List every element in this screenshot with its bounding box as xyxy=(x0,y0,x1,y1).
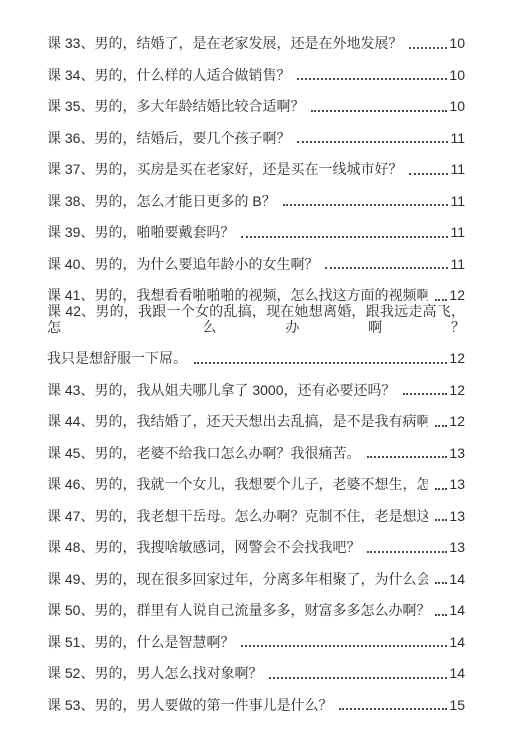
toc-entry[interactable]: 课 35、男的，多大年龄结婚比较合适啊？ 10 xyxy=(47,89,465,121)
page-number: 13 xyxy=(449,477,465,492)
dot-leader xyxy=(435,614,447,616)
dot-leader xyxy=(435,425,447,427)
dot-leader xyxy=(283,204,449,206)
toc-entry-text: 课 46、男的，我就一个女儿，我想要个儿子，老婆不想生，怎么办啊？ xyxy=(47,477,428,492)
dot-leader xyxy=(409,173,448,175)
toc-entry[interactable]: 课 33、男的，结婚了，是在老家发展，还是在外地发展？ 10 xyxy=(47,26,465,58)
toc-entry[interactable]: 课 47、男的，我老想干岳母。怎么办啊？克制不住，老是想这个事儿。 13 xyxy=(47,499,465,531)
toc-entry-text: 课 47、男的，我老想干岳母。怎么办啊？克制不住，老是想这个事儿。 xyxy=(47,509,428,524)
page-number: 13 xyxy=(449,446,465,461)
page-number: 10 xyxy=(449,36,465,51)
page-number: 15 xyxy=(449,698,465,713)
page-number: 10 xyxy=(449,99,465,114)
toc-entry-text: 课 36、男的，结婚后，要几个孩子啊？ xyxy=(47,131,290,146)
toc-entry[interactable]: 课 36、男的，结婚后，要几个孩子啊？ 11 xyxy=(47,121,465,153)
toc-entry[interactable]: 课 53、男的，男人要做的第一件事儿是什么？ 15 xyxy=(47,688,465,720)
toc-entry-text: 课 45、男的，老婆不给我口怎么办啊？我很痛苦。 xyxy=(47,446,360,461)
toc-entry[interactable]: 课 39、男的，啪啪要戴套吗？ 11 xyxy=(47,215,465,247)
dot-leader xyxy=(297,141,448,143)
toc-entry-text: 课 37、男的，买房是买在老家好，还是买在一线城市好？ xyxy=(47,162,402,177)
toc-entry-text: 课 38、男的，怎么才能日更多的 B？ xyxy=(47,194,276,209)
page-number: 11 xyxy=(450,131,465,146)
page-number: 11 xyxy=(450,257,465,272)
dot-leader xyxy=(241,236,448,238)
toc-entry[interactable]: 课 49、男的，现在很多回家过年，分离多年相聚了，为什么会吵架啊？ 14 xyxy=(47,562,465,594)
toc-entry[interactable]: 课 43、男的，我从姐夫哪儿拿了 3000，还有必要还吗？ 12 xyxy=(47,373,465,405)
dot-leader xyxy=(325,267,448,269)
toc-entry[interactable]: 课 40、男的，为什么要追年龄小的女生啊？ 11 xyxy=(47,247,465,279)
toc-entry[interactable]: 课 48、男的，我搜啥敏感词，网警会不会找我吧？ 13 xyxy=(47,530,465,562)
dot-leader xyxy=(241,645,447,647)
toc-entry[interactable]: 课 45、男的，老婆不给我口怎么办啊？我很痛苦。 13 xyxy=(47,436,465,468)
dot-leader xyxy=(297,78,447,80)
page-number: 14 xyxy=(449,635,465,650)
dot-leader xyxy=(339,708,447,710)
dot-leader xyxy=(194,362,447,364)
page-number: 14 xyxy=(449,666,465,681)
toc-entry-text: 课 34、男的，什么样的人适合做销售？ xyxy=(47,68,290,83)
toc-entry-text: 课 44、男的，我结婚了，还天天想出去乱搞，是不是我有病啊？ xyxy=(47,414,428,429)
toc-entry-text: 课 48、男的，我搜啥敏感词，网警会不会找我吧？ xyxy=(47,540,360,555)
toc-entry-text: 课 35、男的，多大年龄结婚比较合适啊？ xyxy=(47,99,304,114)
dot-leader xyxy=(435,488,447,490)
page-number: 12 xyxy=(449,288,465,303)
dot-leader xyxy=(435,299,447,301)
toc-entry[interactable]: 课 37、男的，买房是买在老家好，还是买在一线城市好？ 11 xyxy=(47,152,465,184)
toc-entry-text: 课 33、男的，结婚了，是在老家发展，还是在外地发展？ xyxy=(47,36,402,51)
toc-page: 课 33、男的，结婚了，是在老家发展，还是在外地发展？ 10 课 34、男的，什… xyxy=(0,0,529,751)
toc-entry-text: 课 42、男的，我跟一个女的乱搞，现在她想离婚，跟我远走高飞，怎 么办啊？ xyxy=(47,304,465,335)
page-number: 12 xyxy=(449,351,465,366)
dot-leader xyxy=(269,677,447,679)
toc-entry[interactable]: 课 34、男的，什么样的人适合做销售？ 10 xyxy=(47,58,465,90)
dot-leader xyxy=(367,456,447,458)
toc-entry[interactable]: 课 38、男的，怎么才能日更多的 B？ 11 xyxy=(47,184,465,216)
dot-leader xyxy=(311,110,447,112)
toc-entry-text: 课 52、男的，男人怎么找对象啊？ xyxy=(47,666,262,681)
toc-entry-text: 课 40、男的，为什么要追年龄小的女生啊？ xyxy=(47,257,318,272)
dot-leader xyxy=(367,551,447,553)
page-number: 11 xyxy=(450,225,465,240)
toc-entry-text: 课 49、男的，现在很多回家过年，分离多年相聚了，为什么会吵架啊？ xyxy=(47,572,428,587)
page-number: 14 xyxy=(449,603,465,618)
toc-entry-text: 课 50、男的，群里有人说自己流量多多，财富多多怎么办啊？ xyxy=(47,603,428,618)
dot-leader xyxy=(409,47,447,49)
page-number: 13 xyxy=(449,540,465,555)
page-number: 10 xyxy=(449,68,465,83)
page-number: 12 xyxy=(449,414,465,429)
toc-entry[interactable]: 课 52、男的，男人怎么找对象啊？ 14 xyxy=(47,656,465,688)
page-number: 11 xyxy=(450,162,465,177)
toc-entry-text: 课 41、男的，我想看看啪啪啪的视频，怎么找这方面的视频啊？ xyxy=(47,288,428,303)
toc-entry[interactable]: 我只是想舒服一下屌。 12 xyxy=(47,341,465,373)
page-number: 12 xyxy=(449,383,465,398)
toc-entry[interactable]: 课 42、男的，我跟一个女的乱搞，现在她想离婚，跟我远走高飞，怎 么办啊？ xyxy=(47,310,465,342)
toc-entry-text: 课 53、男的，男人要做的第一件事儿是什么？ xyxy=(47,698,332,713)
toc-entry-text: 课 43、男的，我从姐夫哪儿拿了 3000，还有必要还吗？ xyxy=(47,383,396,398)
page-number: 14 xyxy=(449,572,465,587)
dot-leader xyxy=(435,582,447,584)
toc-entry[interactable]: 课 46、男的，我就一个女儿，我想要个儿子，老婆不想生，怎么办啊？ 13 xyxy=(47,467,465,499)
toc-entry[interactable]: 课 50、男的，群里有人说自己流量多多，财富多多怎么办啊？ 14 xyxy=(47,593,465,625)
dot-leader xyxy=(435,519,447,521)
toc-entry[interactable]: 课 44、男的，我结婚了，还天天想出去乱搞，是不是我有病啊？ 12 xyxy=(47,404,465,436)
toc-entry[interactable]: 课 51、男的，什么是智慧啊？ 14 xyxy=(47,625,465,657)
toc-entry-text: 课 51、男的，什么是智慧啊？ xyxy=(47,635,234,650)
toc-entry-text: 我只是想舒服一下屌。 xyxy=(47,351,187,366)
page-number: 13 xyxy=(449,509,465,524)
page-number: 11 xyxy=(450,194,465,209)
dot-leader xyxy=(403,393,448,395)
toc-entry-text: 课 39、男的，啪啪要戴套吗？ xyxy=(47,225,234,240)
